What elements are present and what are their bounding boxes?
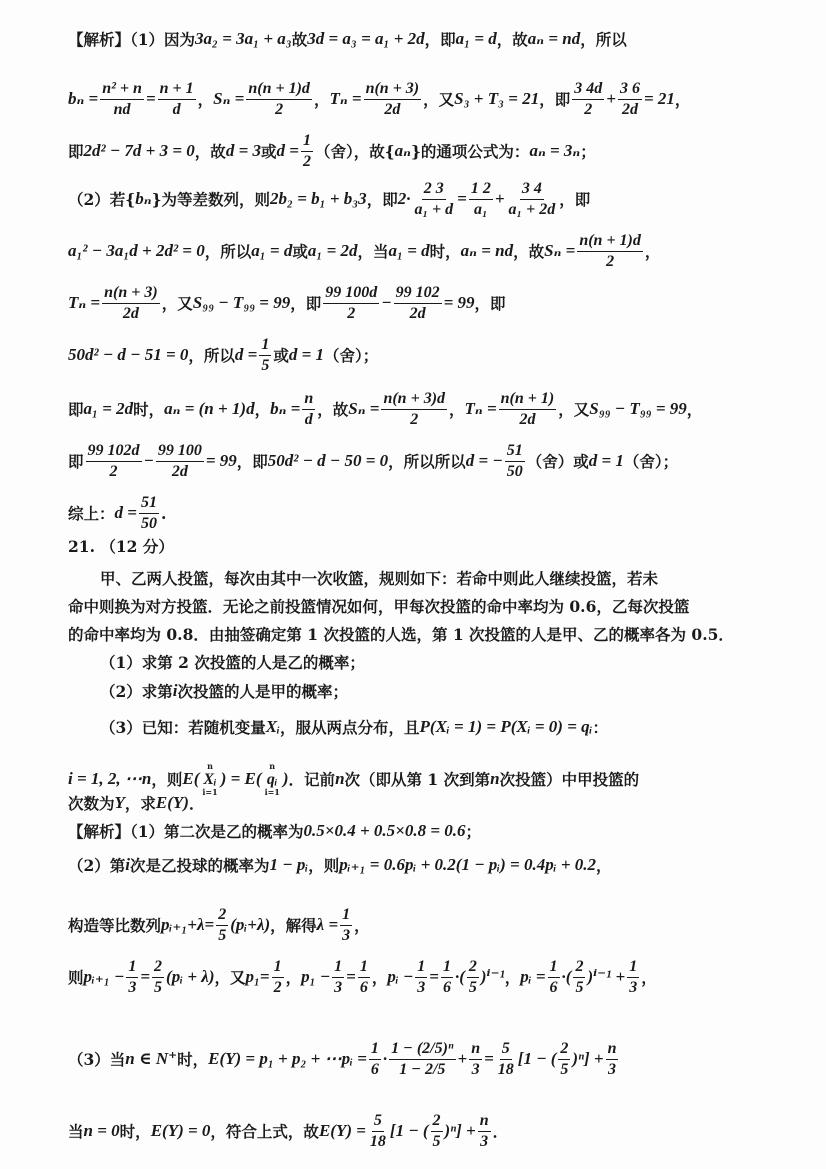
text-run: ， [255, 401, 271, 418]
fraction: 16 [369, 1040, 381, 1078]
fraction-numerator: 99 100 [156, 442, 204, 462]
math-expression: pᵢ₊₁+λ= [161, 916, 214, 935]
fraction: 13 [332, 958, 344, 996]
fraction: n3 [478, 1112, 491, 1150]
math-expression: − [381, 294, 391, 313]
fraction-numerator: 1 [259, 336, 271, 356]
text-run: 即 [68, 401, 84, 418]
fraction: 13 [340, 906, 352, 944]
fraction: 16 [441, 958, 453, 996]
math-expression: d = − [466, 452, 503, 471]
text-run: . [161, 505, 166, 522]
math-expression: ) = E( [221, 770, 262, 789]
fraction-denominator: 5 [259, 356, 271, 375]
text-run: 构造等比数列 [68, 917, 161, 934]
text-run: 21. （12 分） [68, 538, 174, 555]
math-expression: pᵢ₊₁ − [84, 968, 125, 987]
fraction-denominator: 18 [368, 1132, 388, 1151]
math-expression: E(Y) = 0 [151, 1122, 211, 1141]
text-line: （3）已知：若随机变量Xᵢ，服从两点分布，且P(Xᵢ = 1) = P(Xᵢ =… [100, 718, 608, 737]
math-expression: 2· [398, 190, 411, 209]
text-line: 当n = 0时，E(Y) = 0，符合上式，故E(Y) =518[1 − (25… [68, 1112, 508, 1150]
math-expression: )ⁿ] + [572, 1050, 603, 1069]
math-expression: pᵢ₊₁ = 0.6pᵢ + 0.2(1 − pᵢ) = 0.4pᵢ + 0.2 [339, 856, 596, 875]
math-expression: d = [115, 504, 137, 523]
fraction-denominator: 3 [415, 978, 427, 997]
fraction: 25 [573, 958, 585, 996]
fraction: 3 4d2 [572, 80, 604, 118]
math-expression: a₁ = d [251, 242, 292, 261]
math-expression: 50d² − d − 51 = 0 [68, 346, 188, 365]
fraction: 1 − (2/5)ⁿ1 − 2/5 [389, 1040, 455, 1078]
math-expression: a₁ = d [389, 242, 430, 261]
math-expression: = 21 [644, 90, 675, 109]
math-expression: + [495, 190, 505, 209]
fraction-numerator: 1 [627, 958, 639, 978]
fraction-denominator: 6 [548, 978, 560, 997]
text-run: 次投篮）中甲投篮的 [500, 771, 640, 788]
text-run: ，则 [308, 857, 339, 874]
math-expression: pᵢ − [387, 968, 413, 987]
fraction-numerator: n(n + 1)d [577, 232, 643, 252]
text-run: ，又 [214, 969, 245, 986]
fraction: 25 [216, 906, 228, 944]
fraction-denominator: 5 [558, 1060, 570, 1079]
fraction-numerator: 1 [369, 1040, 381, 1060]
fraction-denominator: 50 [139, 514, 159, 533]
math-expression: λ = [317, 916, 338, 935]
text-run: ， [641, 969, 657, 986]
text-run: ，则 [151, 771, 182, 788]
summation: nqᵢi=1 [265, 762, 280, 797]
math-expression: Sₙ = [213, 90, 244, 109]
fraction-denominator: 2d [382, 100, 402, 119]
text-run: ，故 [513, 243, 544, 260]
text-run: ，即 [475, 295, 506, 312]
fraction-numerator: 3 4 [520, 180, 544, 200]
math-expression: = 99 [206, 452, 237, 471]
fraction-numerator: 2 [216, 906, 228, 926]
math-expression: = [429, 968, 439, 987]
text-run: （2）求第 [100, 683, 173, 700]
text-run: ，求 [125, 795, 156, 812]
text-run: ； [466, 823, 482, 840]
fraction-denominator: 2 [408, 410, 420, 429]
math-expression: d = [277, 142, 299, 161]
fraction: nd [302, 390, 315, 428]
summation-bot: i=1 [202, 788, 217, 797]
math-expression: 2d² − 7d + 3 = 0 [84, 142, 195, 161]
fraction: n(n + 1)d2 [246, 80, 312, 118]
text-run: （3）已知：若随机变量 [100, 719, 266, 736]
math-expression: n [490, 770, 499, 789]
math-expression: = [146, 90, 156, 109]
text-line: bₙ =n² + nnd=n + 1d，Sₙ =n(n + 1)d2，Tₙ =n… [68, 80, 690, 118]
text-run: ，当 [358, 243, 389, 260]
text-run: ， [372, 969, 388, 986]
text-run: ， [505, 969, 521, 986]
fraction-denominator: 2 [301, 152, 313, 171]
text-run: 即 [68, 453, 84, 470]
fraction-numerator: 1 − (2/5)ⁿ [389, 1040, 455, 1060]
math-expression: pᵢ = [520, 968, 545, 987]
text-run: 时， [133, 401, 164, 418]
text-line: 【解析】（1）第二次是乙的概率为0.5×0.4 + 0.5×0.8 = 0.6； [68, 822, 481, 841]
math-expression: n ∈ N⁺ [125, 1050, 177, 1069]
math-expression: a₁ = 2d [84, 400, 134, 419]
math-expression: p₁ − [301, 968, 330, 987]
text-run: 即 [68, 143, 84, 160]
text-line: 即99 102d2−99 1002d= 99，即50d² − d − 50 = … [68, 442, 678, 480]
fraction-denominator: 2 [108, 462, 120, 481]
fraction-numerator: 1 [441, 958, 453, 978]
fraction: 13 [126, 958, 138, 996]
text-line: （3）当n ∈ N⁺时，E(Y) = p₁ + p₂ + ⋯pᵢ =16·1 −… [68, 1040, 620, 1078]
fraction-numerator: 1 [272, 958, 284, 978]
text-line: i = 1, 2, ⋯n，则E(nXᵢi=1) = E(nqᵢi=1)．记前 n… [68, 762, 639, 797]
math-expression: ·( [455, 968, 465, 987]
text-run: 【解析】（1）因为 [68, 31, 195, 48]
math-expression: = [484, 1050, 494, 1069]
fraction-denominator: 2d [517, 410, 537, 429]
fraction-numerator: 1 [548, 958, 560, 978]
fraction-numerator: n [469, 1040, 482, 1060]
fraction-numerator: 2 [431, 1112, 443, 1132]
text-run: 【解析】（1）第二次是乙的概率为 [68, 823, 304, 840]
fraction: n(n + 1)2d [499, 390, 557, 428]
fraction: 25 [431, 1112, 443, 1150]
fraction-denominator: 18 [496, 1060, 516, 1079]
text-run: ， [198, 91, 214, 108]
text-run: （舍）或 [527, 453, 589, 470]
fraction: 12 [272, 958, 284, 996]
text-run: ，即 [237, 453, 268, 470]
fraction: 16 [548, 958, 560, 996]
fraction-denominator: a₁ [472, 200, 490, 219]
math-expression: · [383, 1050, 387, 1069]
fraction-numerator: n + 1 [158, 80, 196, 100]
fraction-numerator: 3 4d [572, 80, 604, 100]
fraction-numerator: 3 6 [618, 80, 642, 100]
fraction-numerator: n [606, 1040, 619, 1060]
text-line: （2）求第 i 次投篮的人是甲的概率； [100, 682, 348, 701]
fraction: 99 100d2 [323, 284, 379, 322]
fraction-denominator: 6 [369, 1060, 381, 1079]
math-expression: p₁= [246, 968, 270, 987]
text-run: ， [645, 243, 661, 260]
summation-top: n [269, 762, 275, 771]
text-run: ， [314, 91, 330, 108]
text-run: 命中则换为对方投篮．无论之前投篮情况如何，甲每次投篮的命中率均为 0.6，乙每次… [68, 598, 689, 615]
text-run: 综上： [68, 505, 115, 522]
text-run: 次数为 [68, 795, 115, 812]
text-run: 故 [292, 31, 308, 48]
fraction: 518 [368, 1112, 388, 1150]
document-page: 【解析】（1）因为3a₂ = 3a₁ + a₃故3d = a₃ = a₁ + 2… [0, 0, 826, 1169]
fraction-denominator: a₁ + d [412, 200, 455, 219]
fraction-denominator: 2d [170, 462, 190, 481]
math-expression: 2b₂ = b₁ + b₃3 [270, 190, 367, 209]
fraction-denominator: 6 [441, 978, 453, 997]
text-line: 甲、乙两人投篮，每次由其中一次收篮，规则如下：若命中则此人继续投篮，若未 [100, 570, 658, 587]
text-run: （舍）； [624, 453, 678, 470]
fraction: 16 [358, 958, 370, 996]
fraction-numerator: n(n + 3) [364, 80, 422, 100]
math-expression: 50d² − d − 50 = 0 [268, 452, 388, 471]
math-expression: Tₙ = [329, 90, 361, 109]
text-run: ， [286, 969, 302, 986]
fraction-denominator: a₁ + 2d [507, 200, 558, 219]
math-expression: (pᵢ + λ) [166, 968, 214, 987]
math-expression: 3d = a₃ = a₁ + 2d [307, 30, 424, 49]
fraction: n(n + 1)d2 [577, 232, 643, 270]
math-expression: = [457, 190, 467, 209]
math-expression: aₙ = (n + 1)d [164, 400, 254, 419]
fraction-denominator: 3 [470, 1060, 482, 1079]
math-expression: ·( [562, 968, 572, 987]
math-expression: E(Y) [156, 794, 189, 813]
math-expression: aₙ = nd [461, 242, 513, 261]
fraction-numerator: 1 [332, 958, 344, 978]
text-run: ，所以 [580, 31, 627, 48]
text-run: ，即 [539, 91, 570, 108]
math-expression: − [144, 452, 154, 471]
fraction: n² + nnd [100, 80, 144, 118]
text-run: ， [675, 91, 691, 108]
math-expression: bₙ [135, 190, 151, 209]
fraction-denominator: d [303, 410, 315, 429]
summation-mid: qᵢ [267, 771, 278, 789]
fraction-numerator: n(n + 3) [102, 284, 160, 304]
text-line: 【解析】（1）因为3a₂ = 3a₁ + a₃故3d = a₃ = a₁ + 2… [68, 30, 627, 49]
math-expression: aₙ = 3ₙ [529, 142, 580, 161]
math-expression: S₉₉ − T₉₉ = 99 [589, 400, 687, 419]
fraction-denominator: d [171, 100, 183, 119]
math-expression: E(Y) = [319, 1122, 366, 1141]
fraction: 5150 [139, 494, 159, 532]
math-expression: + [458, 1050, 468, 1069]
text-run: ，又 [423, 91, 454, 108]
fraction-denominator: 3 [126, 978, 138, 997]
text-run: （3）当 [68, 1051, 125, 1068]
math-expression: i = 1, 2, ⋯n [68, 770, 151, 789]
fraction: 2 3a₁ + d [412, 180, 455, 218]
fraction-numerator: 2 [467, 958, 479, 978]
math-expression: aₙ [395, 142, 411, 161]
fraction: 518 [496, 1040, 516, 1078]
fraction-numerator: 99 102 [394, 284, 442, 304]
fraction-numerator: 2 [152, 958, 164, 978]
math-expression: d = 1 [589, 452, 624, 471]
math-expression: Xᵢ [266, 718, 280, 737]
text-line: a₁² − 3a₁d + 2d² = 0，所以a₁ = d或a₁ = 2d，当a… [68, 232, 660, 270]
text-run: 次是乙投球的概率为 [130, 857, 270, 874]
fraction-numerator: n(n + 1)d [246, 80, 312, 100]
text-run: ， [449, 401, 465, 418]
fraction: n3 [606, 1040, 619, 1078]
fraction-numerator: n [302, 390, 315, 410]
text-run: （舍），故{ [315, 143, 395, 160]
text-run: ，所以所以 [388, 453, 466, 470]
fraction-denominator: 2 [272, 978, 284, 997]
math-expression: a₁ = 2d [308, 242, 358, 261]
fraction-denominator: 5 [152, 978, 164, 997]
math-expression: Sₙ = [544, 242, 575, 261]
fraction-denominator: 2 [273, 100, 285, 119]
fraction: 1 2a₁ [469, 180, 493, 218]
text-line: 即2d² − 7d + 3 = 0，故d = 3或d =12（舍），故{aₙ}的… [68, 132, 596, 170]
text-run: ，即 [290, 295, 321, 312]
fraction: 5150 [505, 442, 525, 480]
fraction: 12 [301, 132, 313, 170]
text-run: ，故 [497, 31, 528, 48]
text-run: ， [354, 917, 370, 934]
text-line: 21. （12 分） [68, 538, 174, 555]
text-run: （舍）； [324, 347, 378, 364]
text-line: （2）若{bₙ}为等差数列，则2b₂ = b₁ + b₃3，即2·2 3a₁ +… [68, 180, 590, 218]
fraction-denominator: 2 [345, 304, 357, 323]
fraction-numerator: 1 [340, 906, 352, 926]
math-expression: S₃ + T₃ = 21 [454, 90, 539, 109]
fraction-denominator: 2d [620, 100, 640, 119]
text-run: 或 [273, 347, 289, 364]
math-expression: Y [115, 794, 125, 813]
fraction-denominator: 3 [332, 978, 344, 997]
fraction-numerator: 99 100d [323, 284, 379, 304]
text-run: ， [687, 401, 703, 418]
fraction-numerator: n² + n [100, 80, 144, 100]
text-line: 则pᵢ₊₁ −13=25(pᵢ + λ)，又p₁=12，p₁ −13=16，pᵢ… [68, 958, 657, 996]
fraction-denominator: 2d [121, 304, 141, 323]
text-run: ，服从两点分布，且 [280, 719, 420, 736]
fraction-denominator: 6 [358, 978, 370, 997]
text-run: 或 [261, 143, 277, 160]
text-run: ，又 [162, 295, 193, 312]
fraction-numerator: 1 [358, 958, 370, 978]
fraction: 13 [415, 958, 427, 996]
math-expression: E(Y) = p₁ + p₂ + ⋯pᵢ = [208, 1050, 367, 1069]
math-expression: E( [182, 770, 199, 789]
text-run: ，故 [195, 143, 226, 160]
text-run: ． [189, 795, 205, 812]
math-expression: 3a₂ = 3a₁ + a₃ [195, 30, 292, 49]
text-run: ，即 [367, 191, 398, 208]
text-run: ．记前 [289, 771, 336, 788]
fraction-denominator: 2 [582, 100, 594, 119]
fraction: 99 1022d [394, 284, 442, 322]
text-line: Tₙ =n(n + 3)2d，又S₉₉ − T₉₉ = 99，即99 100d2… [68, 284, 506, 322]
fraction: 25 [467, 958, 479, 996]
fraction-numerator: 51 [505, 442, 525, 462]
fraction-denominator: nd [112, 100, 133, 119]
text-run: 的命中率均为 0.8．由抽签确定第 1 次投篮的人选，第 1 次投篮的人是甲、乙… [68, 626, 734, 643]
math-expression: 1 − pᵢ [270, 856, 309, 875]
fraction-numerator: 2 3 [422, 180, 446, 200]
fraction-numerator: 1 [301, 132, 313, 152]
math-expression: = [140, 968, 150, 987]
text-run: 当 [68, 1123, 84, 1140]
text-run: 或 [292, 243, 308, 260]
text-line: 50d² − d − 51 = 0，所以d =15或d = 1（舍）； [68, 336, 378, 374]
text-run: ： [593, 719, 609, 736]
fraction-denominator: 5 [431, 1132, 443, 1151]
text-run: ． [493, 1123, 509, 1140]
math-expression: P(Xᵢ = 1) = P(Xᵢ = 0) = qᵢ [420, 718, 593, 737]
fraction-denominator: 3 [478, 1132, 490, 1151]
fraction: 25 [152, 958, 164, 996]
text-line: （2）第 i 次是乙投球的概率为1 − pᵢ，则pᵢ₊₁ = 0.6pᵢ + 0… [68, 856, 612, 875]
text-line: 综上：d =5150. [68, 494, 166, 532]
summation-top: n [207, 762, 213, 771]
text-run: ， [596, 857, 612, 874]
summation-bot: i=1 [265, 788, 280, 797]
fraction-numerator: 51 [139, 494, 159, 514]
math-expression: a₁² − 3a₁d + 2d² = 0 [68, 242, 205, 261]
text-run: }的通项公式为： [411, 143, 529, 160]
text-run: 次（即从第 1 次到第 [345, 771, 491, 788]
text-line: 即a₁ = 2d时，aₙ = (n + 1)d，bₙ =nd，故Sₙ =n(n … [68, 390, 702, 428]
fraction: 99 102d2 [86, 442, 142, 480]
text-run: （2）若{ [68, 191, 135, 208]
fraction-numerator: 1 [415, 958, 427, 978]
fraction-numerator: 1 2 [469, 180, 493, 200]
math-expression: bₙ = [68, 90, 98, 109]
math-expression: (pᵢ+λ) [230, 916, 270, 935]
text-line: 次数为Y，求E(Y)． [68, 794, 204, 813]
fraction-numerator: n [478, 1112, 491, 1132]
fraction-numerator: 5 [372, 1112, 384, 1132]
text-run: ，即 [559, 191, 590, 208]
math-expression: d = [235, 346, 257, 365]
fraction-denominator: 1 − 2/5 [397, 1060, 447, 1079]
fraction: n3 [469, 1040, 482, 1078]
text-run: （1）求第 2 次投篮的人是乙的概率； [100, 654, 365, 671]
fraction-numerator: n(n + 3)d [381, 390, 447, 410]
fraction-numerator: 99 102d [86, 442, 142, 462]
fraction: 15 [259, 336, 271, 374]
fraction-numerator: n(n + 1) [499, 390, 557, 410]
fraction-denominator: 5 [573, 978, 585, 997]
math-expression: n = 0 [84, 1122, 120, 1141]
math-expression: a₁ = d [456, 30, 497, 49]
fraction-denominator: 5 [467, 978, 479, 997]
math-expression: )ⁱ⁻¹ [481, 968, 505, 987]
fraction-numerator: 2 [573, 958, 585, 978]
fraction-numerator: 2 [558, 1040, 570, 1060]
math-expression: )ⁿ] + [445, 1122, 476, 1141]
summation: nXᵢi=1 [202, 762, 217, 797]
math-expression: d = 3 [226, 142, 261, 161]
math-expression: Tₙ = [465, 400, 497, 419]
math-expression: bₙ = [270, 400, 300, 419]
fraction: 3 4a₁ + 2d [507, 180, 558, 218]
text-run: 甲、乙两人投篮，每次由其中一次收篮，规则如下：若命中则此人继续投篮，若未 [100, 570, 658, 587]
summation-mid: Xᵢ [203, 771, 216, 789]
text-run: 次投篮的人是甲的概率； [178, 683, 349, 700]
fraction: n(n + 3)2d [102, 284, 160, 322]
fraction: 13 [627, 958, 639, 996]
math-expression: [1 − ( [390, 1122, 429, 1141]
text-run: （2）第 [68, 857, 125, 874]
math-expression: = 99 [444, 294, 475, 313]
fraction-denominator: 3 [340, 926, 352, 945]
math-expression: Sₙ = [348, 400, 379, 419]
text-run: 则 [68, 969, 84, 986]
fraction: 99 1002d [156, 442, 204, 480]
fraction-denominator: 2d [408, 304, 428, 323]
fraction-numerator: 5 [500, 1040, 512, 1060]
text-run: ，又 [558, 401, 589, 418]
